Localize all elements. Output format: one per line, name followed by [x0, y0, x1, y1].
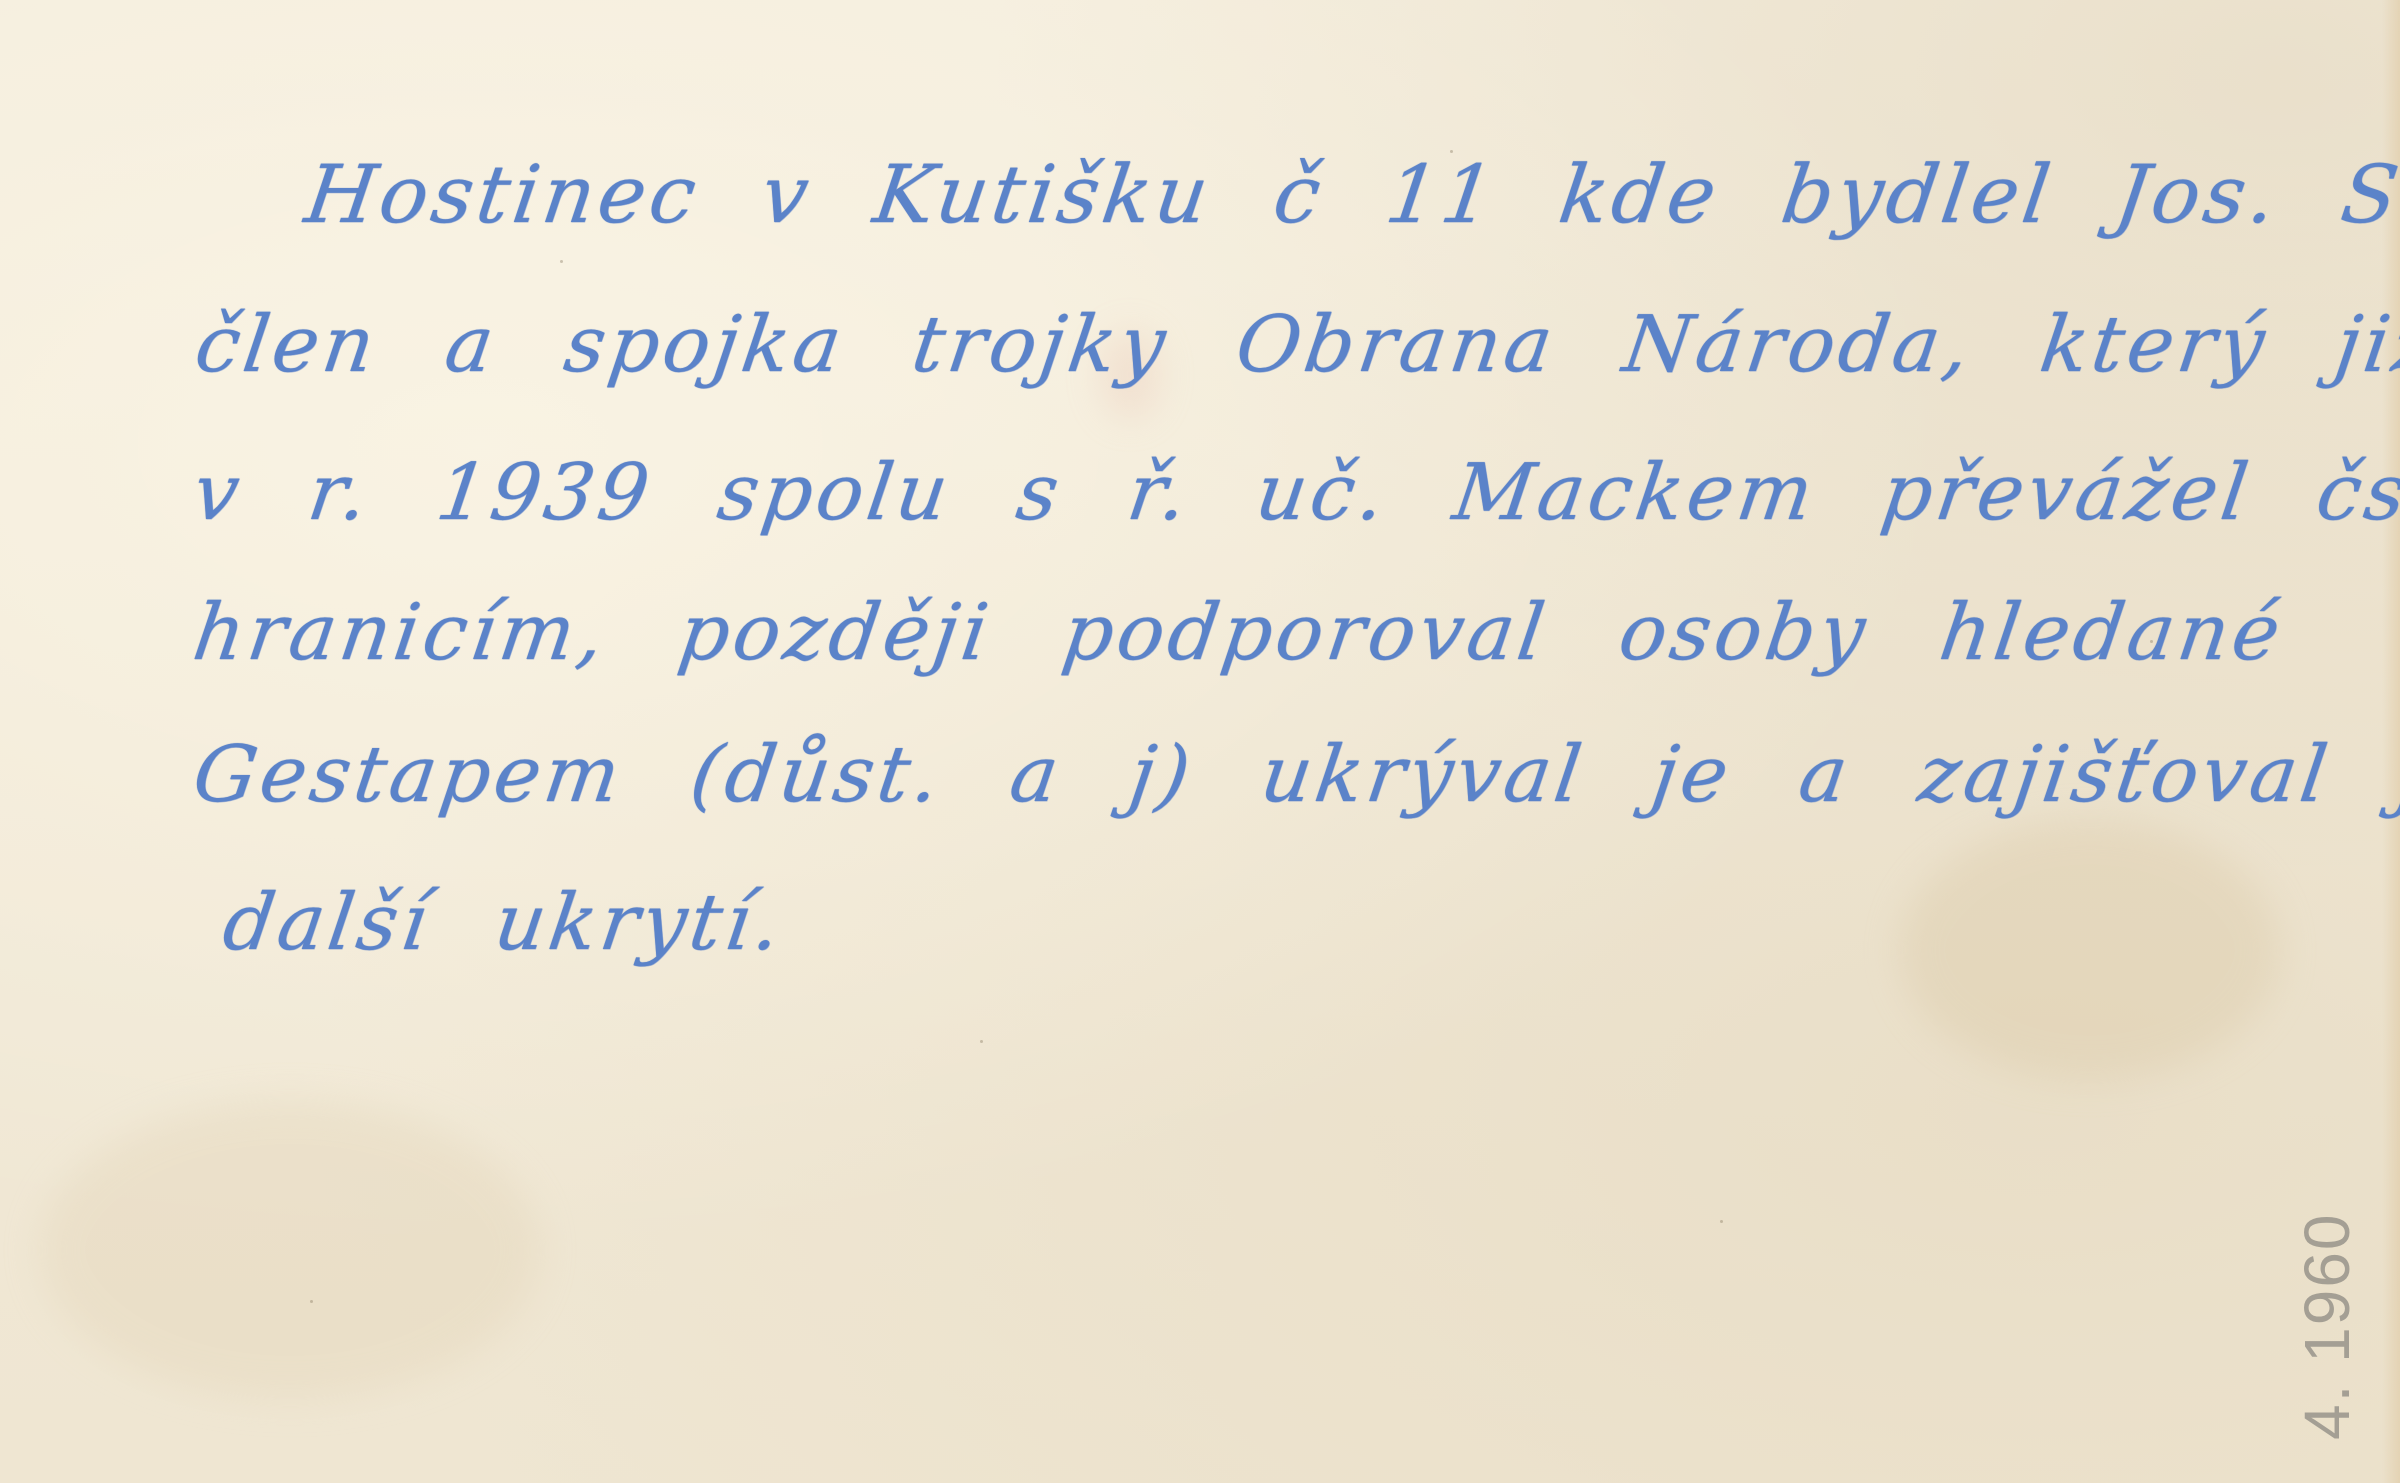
- handwritten-line-3: v r. 1939 spolu s ř. uč. Mackem převážel…: [188, 448, 2400, 538]
- handwritten-line-6: další ukrytí.: [218, 878, 790, 968]
- handwritten-line-4: hranicím, později podporoval osoby hleda…: [188, 588, 2289, 678]
- date-stamp: 4. 1960: [2290, 1212, 2364, 1440]
- handwritten-line-2: člen a spojka trojky Obrana Národa, kter…: [190, 300, 2400, 390]
- handwritten-line-5: Gestapem (důst. a j) ukrýval je a zajišť…: [188, 730, 2400, 820]
- document-paper: Hostinec v Kutišku č 11 kde bydlel Jos. …: [0, 0, 2400, 1483]
- handwritten-line-1: Hostinec v Kutišku č 11 kde bydlel Jos. …: [300, 148, 2400, 241]
- handwritten-text: Hostinec v Kutišku č 11 kde bydlel Jos. …: [0, 0, 2400, 1483]
